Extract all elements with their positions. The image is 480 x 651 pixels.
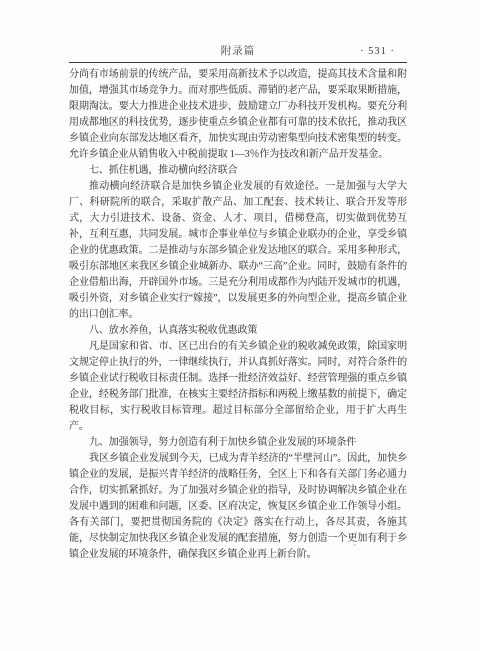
paragraph-section-seven: 推动横向经济联合是加快乡镇企业发展的有效途径。一是加强与大学大厂、科研院所的联合… bbox=[69, 179, 407, 323]
paragraph-continuation: 分尚有市场前景的传统产品，要采用高新技术予以改造，提高其技术含量和附加值，增强其… bbox=[69, 67, 407, 163]
text-column: 附录篇 · 531 · 分尚有市场前景的传统产品，要采用高新技术予以改造，提高其… bbox=[69, 46, 407, 563]
page-number: · 531 · bbox=[360, 46, 395, 58]
section-heading-eight: 八、放水养鱼，认真落实税收优惠政策 bbox=[69, 323, 407, 339]
section-heading-nine: 九、加强领导，努力创造有利于加快乡镇企业发展的环境条件 bbox=[69, 435, 407, 451]
paragraph-section-eight: 凡是国家和省、市、区已出台的有关乡镇企业的税收减免政策，除国家明文规定停止执行的… bbox=[69, 339, 407, 435]
header-rule bbox=[69, 62, 407, 63]
paragraph-section-nine: 我区乡镇企业发展到今天，已成为青羊经济的“半壁河山”。因此，加快乡镇企业的发展，… bbox=[69, 451, 407, 563]
scan-artifact-speck bbox=[353, 544, 356, 546]
document-body: 分尚有市场前景的传统产品，要采用高新技术予以改造，提高其技术含量和附加值，增强其… bbox=[69, 67, 407, 563]
running-header: 附录篇 · 531 · bbox=[69, 46, 407, 59]
scanned-document-page: 附录篇 · 531 · 分尚有市场前景的传统产品，要采用高新技术予以改造，提高其… bbox=[0, 0, 480, 651]
section-heading-seven: 七、抓住机遇，推动横向经济联合 bbox=[69, 163, 407, 179]
running-header-title: 附录篇 bbox=[69, 46, 407, 58]
